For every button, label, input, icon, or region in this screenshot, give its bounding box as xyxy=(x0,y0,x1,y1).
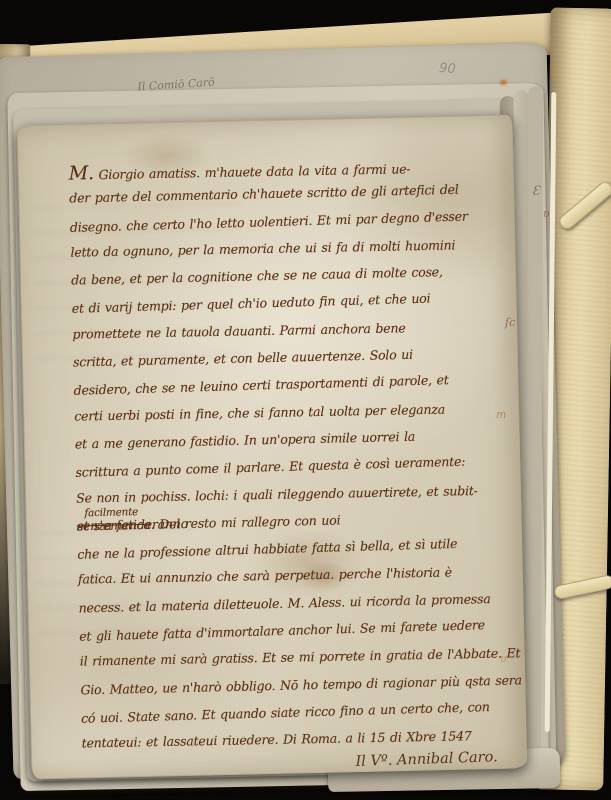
interlinear-correction: facilmente xyxy=(84,506,138,519)
correction-group: facilmentesenza fatica xyxy=(77,517,151,534)
ink-bleed-mark: Ɛ xyxy=(532,184,540,199)
letter-page: M. Giorgio amatiss. m'hauete data la vit… xyxy=(17,114,528,779)
ink-bleed-mark: ʋ xyxy=(543,207,550,220)
ink-bleed-mark: ʋ xyxy=(500,652,507,665)
rust-stain xyxy=(500,80,507,85)
photo-stage: Il Comiō Carō 90 5 Ɛ ʋ ſc m ʋ M. Giorgio… xyxy=(0,0,611,800)
letter-text: . Del resto mi rallegro con uoi xyxy=(151,512,341,531)
ink-bleed-mark: m xyxy=(496,408,506,421)
ink-bleed-mark: ſc xyxy=(505,316,515,329)
letter-body: M. Giorgio amatiss. m'hauete data la vit… xyxy=(69,153,535,764)
pencil-folio-number: 90 xyxy=(439,61,457,77)
struck-text: senza fatica xyxy=(77,517,151,534)
